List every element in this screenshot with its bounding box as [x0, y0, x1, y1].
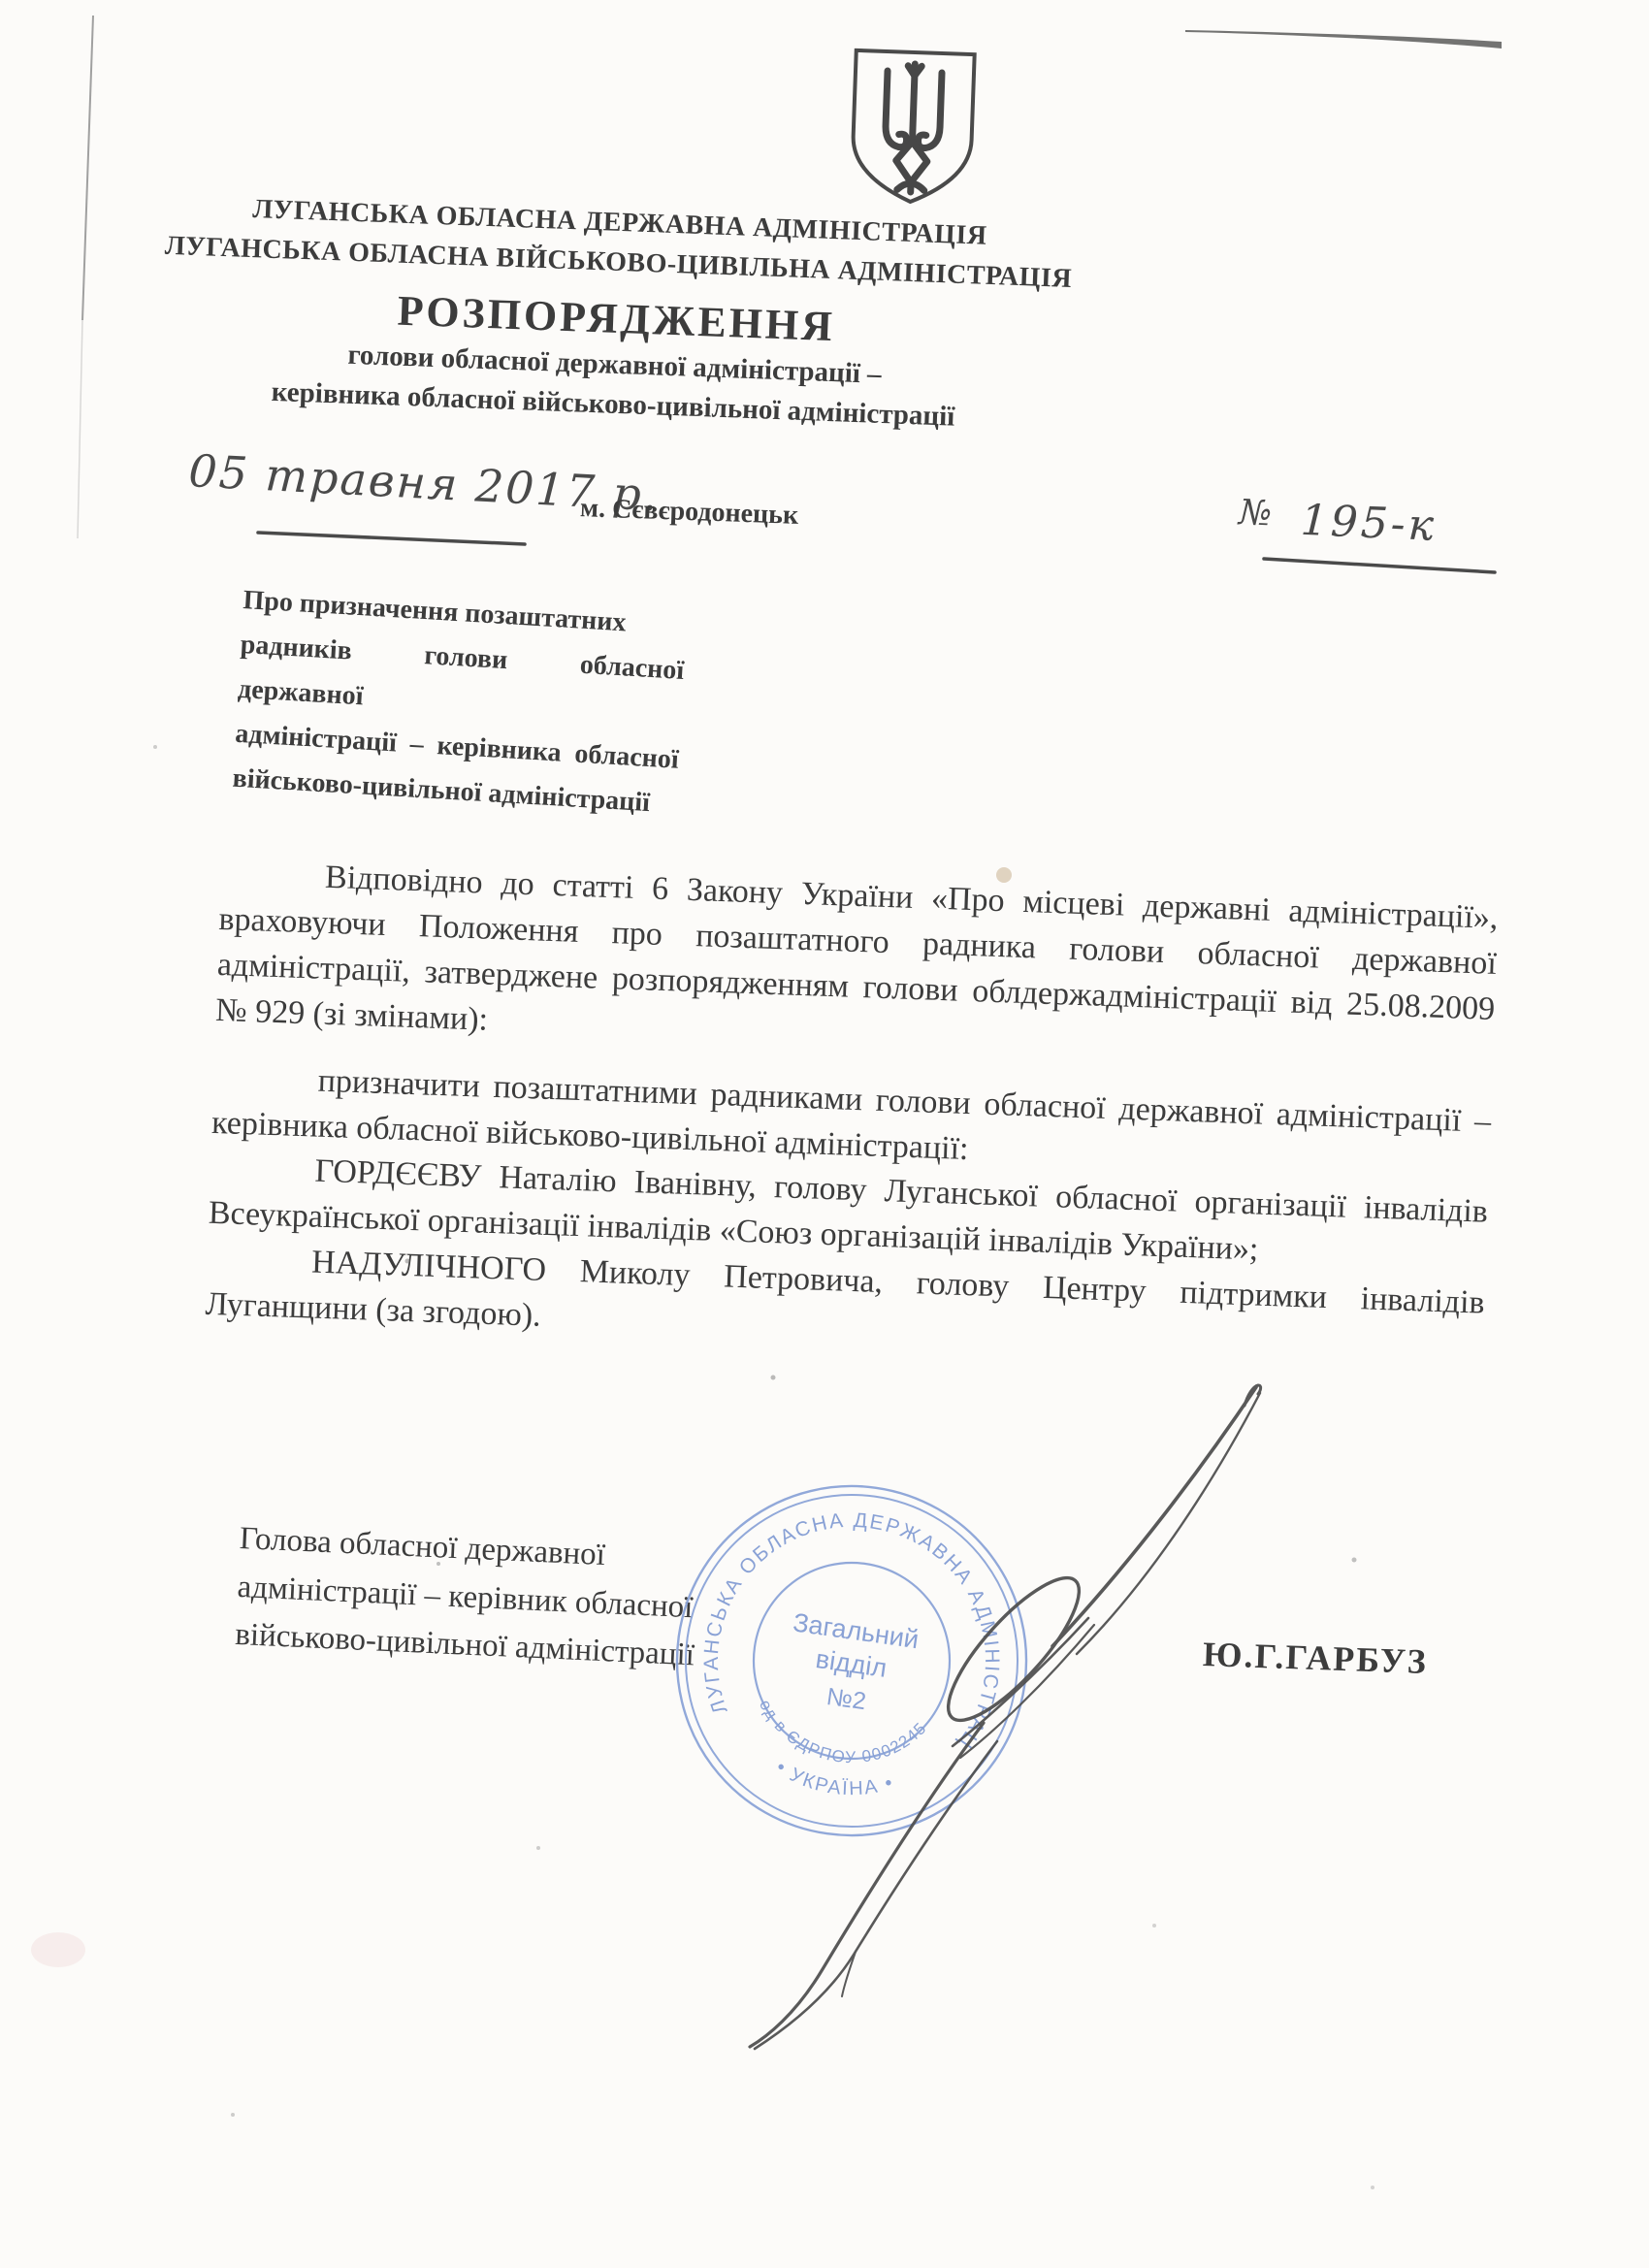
signatory-name: Ю.Г.ГАРБУЗ	[1202, 1634, 1428, 1682]
number-sign: №	[1238, 493, 1273, 534]
date-underline	[258, 533, 525, 544]
handwritten-number: 195-к	[1300, 496, 1438, 551]
stamp-center-line3: №2	[824, 1683, 867, 1715]
stamp-ring-text-top: ЛУГАНСЬКА ОБЛАСНА ДЕРЖАВНА АДМІНІСТРАЦІЯ	[610, 1407, 1035, 1757]
place-name: м. Сєвєродонецьк	[580, 493, 799, 532]
letterhead: ЛУГАНСЬКА ОБЛАСНА ДЕРЖАВНА АДМІНІСТРАЦІЯ…	[138, 186, 1096, 441]
official-stamp: ЛУГАНСЬКА ОБЛАСНА ДЕРЖАВНА АДМІНІСТРАЦІЯ…	[598, 1407, 1106, 1915]
stamp-center-line2: відділ	[814, 1644, 889, 1683]
stamp-center-line1: Загальний	[792, 1607, 921, 1654]
scanned-document-page: ЛУГАНСЬКА ОБЛАСНА ДЕРЖАВНА АДМІНІСТРАЦІЯ…	[0, 0, 1649, 2268]
stamp-middle-text: код в ЄДРПОУ 00022450	[609, 1407, 973, 1778]
subject-block: Про призначення позаштатних радників гол…	[231, 578, 688, 826]
tryzub-emblem-icon	[827, 42, 998, 214]
document-number: № 195-к	[1238, 493, 1438, 551]
body-text: Відповідно до статті 6 Закону України «П…	[205, 852, 1499, 1373]
paragraph-legal-basis: Відповідно до статті 6 Закону України «П…	[214, 852, 1499, 1079]
number-underline	[1264, 559, 1495, 572]
